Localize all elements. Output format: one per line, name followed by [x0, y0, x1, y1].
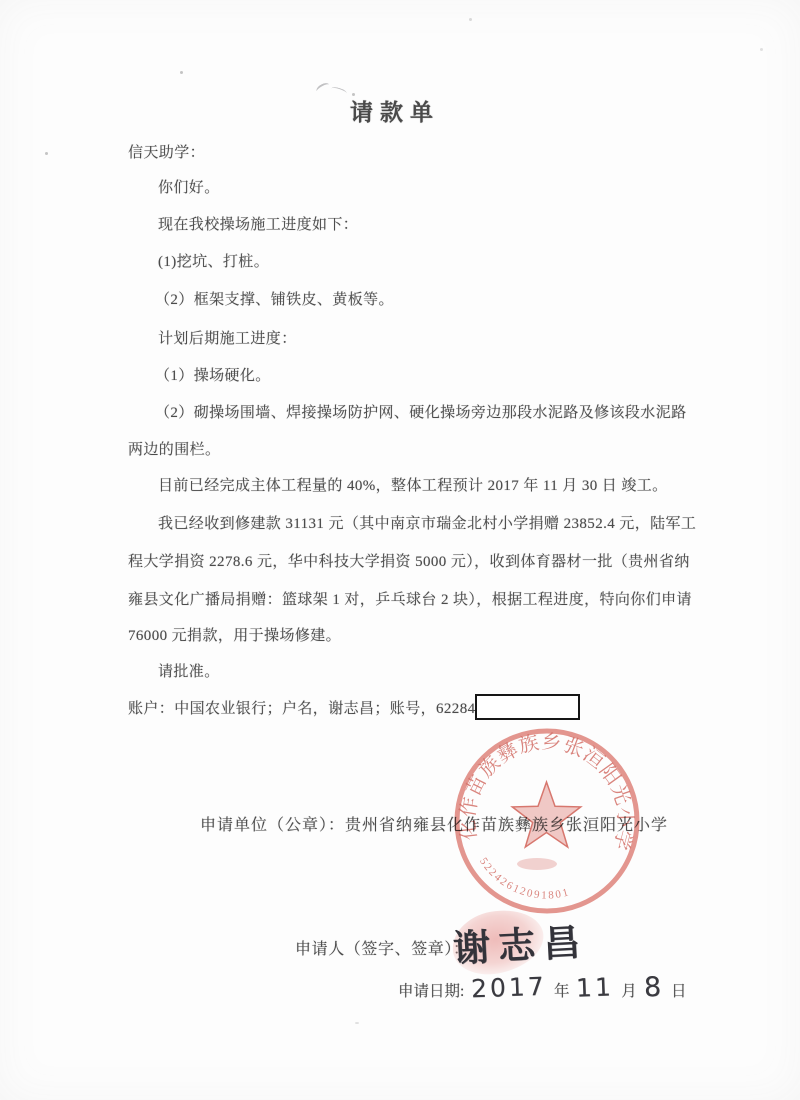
applicant-label: 申请人（签字、签章）： — [295, 941, 470, 958]
body-line: （2）砌操场围墙、焊接操场防护网、硬化操场旁边那段水泥路及修该段水泥路 — [155, 401, 687, 422]
date-label: 申请日期: — [398, 979, 464, 1001]
body-line: 你们好。 — [158, 176, 220, 197]
handwritten-signature: 谢志昌 — [452, 912, 590, 973]
body-line: 我已经收到修建款 31131 元（其中南京市瑞金北村小学捐赠 23852.4 元… — [158, 512, 696, 533]
bank-account-line: 账户：中国农业银行；户名，谢志昌；账号，622848 — [128, 697, 483, 718]
seal-smudge — [517, 858, 557, 870]
scanned-page: 请款单 信天助学： 你们好。 现在我校操场施工进度如下： (1)挖坑、打桩。 （… — [0, 0, 800, 1100]
handwritten-day: 8 — [643, 972, 664, 1004]
year-unit: 年 — [554, 979, 570, 1001]
day-unit: 日 — [671, 979, 687, 1001]
scan-speck — [45, 152, 48, 155]
body-line: 两边的围栏。 — [128, 438, 220, 459]
body-line: 程大学捐资 2278.6 元，华中科技大学捐资 5000 元），收到体育器材一批… — [128, 550, 690, 571]
body-line: 计划后期施工进度： — [158, 327, 297, 348]
body-line: (1)挖坑、打桩。 — [158, 250, 269, 271]
body-line: 请批准。 — [158, 660, 220, 681]
salutation: 信天助学： — [128, 141, 205, 162]
handwritten-month: 11 — [576, 972, 615, 1002]
unit-label: 申请单位（公章）： — [200, 817, 345, 834]
seal-star-icon — [512, 782, 580, 847]
scan-speck — [355, 1022, 359, 1024]
body-line: （1）操场硬化。 — [155, 364, 271, 385]
scan-speck — [760, 48, 763, 51]
document-title: 请款单 — [350, 94, 440, 127]
official-seal: 化作苗族彝族乡张洹阳光小学 52242612091801 — [449, 723, 645, 919]
handwritten-year: 2017 — [471, 972, 548, 1004]
body-line: 76000 元捐款，用于操场修建。 — [128, 624, 341, 645]
month-unit: 月 — [621, 979, 637, 1001]
pencil-smudge — [315, 81, 331, 95]
body-line: 雍县文化广播局捐赠：篮球架 1 对，乒乓球台 2 块），根据工程进度，特向你们申… — [128, 588, 692, 609]
pencil-smudge — [330, 86, 347, 97]
body-line: 现在我校操场施工进度如下： — [158, 213, 358, 234]
body-line: 目前已经完成主体工程量的 40%，整体工程预计 2017 年 11 月 30 日… — [158, 474, 668, 495]
scan-speck — [180, 71, 183, 74]
scan-speck — [469, 18, 472, 21]
application-date-line: 申请日期: 2017 年 11 月 8 日 — [398, 972, 686, 1003]
redaction-box — [475, 694, 580, 720]
body-line: （2）框架支撑、铺铁皮、黄板等。 — [155, 288, 394, 309]
applicant-signature-line: 申请人（签字、签章）： — [295, 936, 470, 959]
